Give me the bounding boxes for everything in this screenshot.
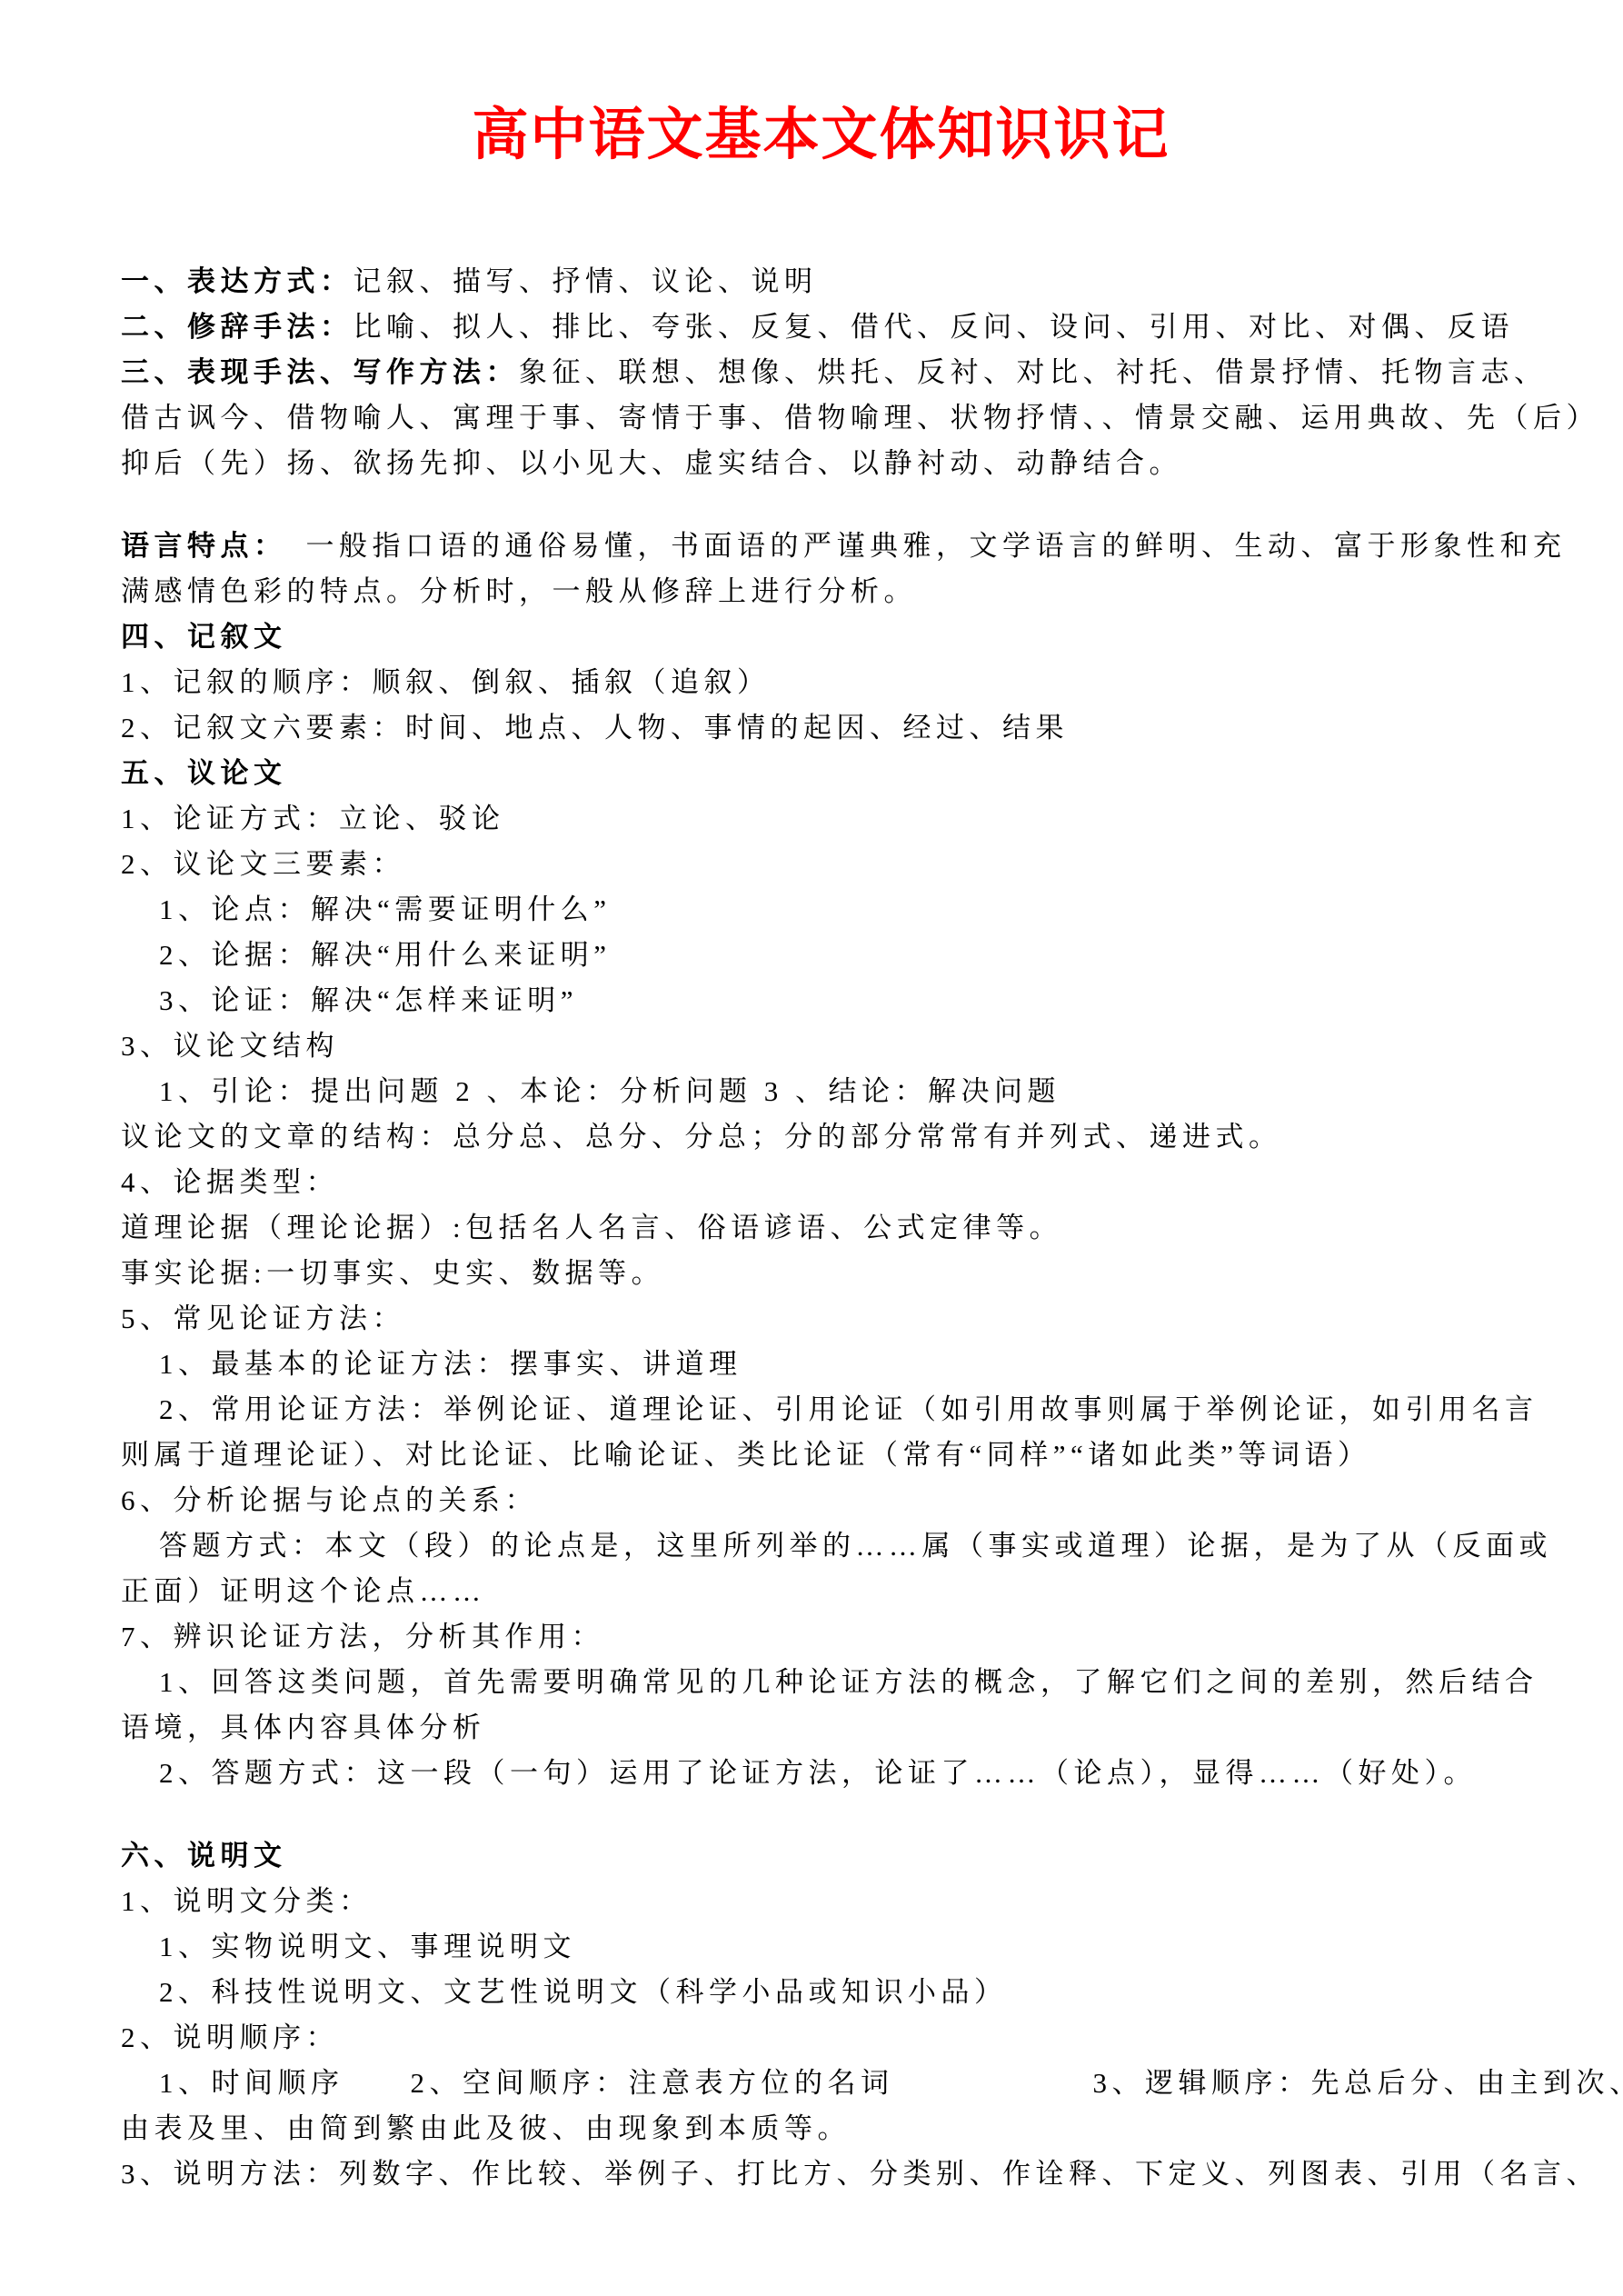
line-bold-label: 五、议论文 <box>121 757 287 789</box>
line-text: 3、议论文结构 <box>121 1030 339 1062</box>
line-text: 语境，具体内容具体分析 <box>121 1712 486 1743</box>
text-line: 抑后（先）扬、欲扬先抑、以小见大、虚实结合、以静衬动、动静结合。 <box>121 441 1605 486</box>
line-text: 1、时间顺序 2、空间顺序：注意表方位的名词 3、逻辑顺序：先总后分、由主到次、 <box>159 2067 1623 2099</box>
text-line: 借古讽今、借物喻人、寓理于事、寄情于事、借物喻理、状物抒情、、情景交融、运用典故… <box>121 395 1605 441</box>
line-bold-label: 一、表达方式： <box>121 265 353 297</box>
line-text: 2、说明顺序： <box>121 2021 339 2053</box>
line-bold-label: 二、修辞手法： <box>121 311 353 343</box>
text-line: 满感情色彩的特点。分析时，一般从修辞上进行分析。 <box>121 569 1605 614</box>
text-line: 2、说明顺序： <box>121 2015 1605 2061</box>
line-text: 2、常用论证方法：举例论证、道理论证、引用论证（如引用故事则属于举例论证，如引用… <box>159 1393 1538 1425</box>
line-text: 5、常见论证方法： <box>121 1303 405 1334</box>
text-line: 四、记叙文 <box>121 614 1605 660</box>
text-line: 4、论据类型： <box>121 1160 1605 1205</box>
text-line: 答题方式：本文（段）的论点是，这里所列举的……属（事实或道理）论据，是为了从（反… <box>159 1523 1605 1569</box>
line-text: 道理论据（理论论据）:包括名人名言、俗语谚语、公式定律等。 <box>121 1212 1062 1243</box>
text-line: 3、议论文结构 <box>121 1023 1605 1069</box>
text-line: 1、论点：解决“需要证明什么” <box>159 887 1605 933</box>
line-bold-label: 六、说明文 <box>121 1840 287 1872</box>
text-line: 三、表现手法、写作方法：象征、联想、想像、烘托、反衬、对比、衬托、借景抒情、托物… <box>121 350 1605 395</box>
document-page: 高中语文基本文体知识识记 一、表达方式：记叙、描写、抒情、议论、说明二、修辞手法… <box>0 0 1623 2296</box>
text-line: 五、议论文 <box>121 751 1605 796</box>
page-title: 高中语文基本文体知识识记 <box>79 102 1563 169</box>
line-text: 4、论据类型： <box>121 1166 339 1198</box>
text-line: 则属于道理论证）、对比论证、比喻论证、类比论证（常有“同样”“诸如此类”等词语） <box>121 1433 1605 1478</box>
text-line: 3、论证：解决“怎样来证明” <box>159 978 1605 1023</box>
text-line: 1、实物说明文、事理说明文 <box>159 1924 1605 1970</box>
text-line: 六、说明文 <box>121 1833 1605 1879</box>
line-text: 正面）证明这个论点…… <box>121 1575 486 1607</box>
line-text: 1、回答这类问题，首先需要明确常见的几种论证方法的概念，了解它们之间的差别，然后… <box>159 1666 1538 1698</box>
line-bold-label: 语言特点： <box>121 530 273 562</box>
text-line: 2、记叙文六要素：时间、地点、人物、事情的起因、经过、结果 <box>121 705 1605 751</box>
line-text: 2、记叙文六要素：时间、地点、人物、事情的起因、经过、结果 <box>121 712 1069 744</box>
text-line: 由表及里、由简到繁由此及彼、由现象到本质等。 <box>121 2106 1605 2151</box>
text-line: 1、回答这类问题，首先需要明确常见的几种论证方法的概念，了解它们之间的差别，然后… <box>159 1660 1605 1705</box>
text-line: 2、科技性说明文、文艺性说明文（科学小品或知识小品） <box>159 1970 1605 2015</box>
line-bold-label: 四、记叙文 <box>121 621 287 653</box>
line-text: 答题方式：本文（段）的论点是，这里所列举的……属（事实或道理）论据，是为了从（反… <box>159 1530 1552 1562</box>
text-line: 议论文的文章的结构：总分总、总分、分总；分的部分常常有并列式、递进式。 <box>121 1114 1605 1160</box>
line-text: 议论文的文章的结构：总分总、总分、分总；分的部分常常有并列式、递进式。 <box>121 1121 1282 1153</box>
line-text: 则属于道理论证）、对比论证、比喻论证、类比论证（常有“同样”“诸如此类”等词语） <box>121 1439 1371 1471</box>
text-line: 语境，具体内容具体分析 <box>121 1705 1605 1751</box>
text-line: 1、时间顺序 2、空间顺序：注意表方位的名词 3、逻辑顺序：先总后分、由主到次、 <box>159 2061 1605 2106</box>
text-line: 2、论据：解决“用什么来证明” <box>159 933 1605 978</box>
text-line: 正面）证明这个论点…… <box>121 1569 1605 1614</box>
line-text: 3、论证：解决“怎样来证明” <box>159 984 578 1016</box>
text-line: 2、常用论证方法：举例论证、道理论证、引用论证（如引用故事则属于举例论证，如引用… <box>159 1387 1605 1433</box>
blank-line <box>121 1796 1605 1833</box>
line-text: 由表及里、由简到繁由此及彼、由现象到本质等。 <box>121 2112 851 2144</box>
text-line: 2、议论文三要素： <box>121 842 1605 887</box>
text-line: 6、分析论据与论点的关系： <box>121 1478 1605 1523</box>
text-line: 事实论据:一切事实、史实、数据等。 <box>121 1251 1605 1296</box>
text-line: 7、辨识论证方法，分析其作用： <box>121 1614 1605 1660</box>
blank-line <box>121 486 1605 524</box>
line-text: 7、辨识论证方法，分析其作用： <box>121 1621 604 1652</box>
line-text: 1、论证方式：立论、驳论 <box>121 803 505 834</box>
text-line: 1、论证方式：立论、驳论 <box>121 796 1605 842</box>
text-line: 语言特点： 一般指口语的通俗易懂，书面语的严谨典雅，文学语言的鲜明、生动、富于形… <box>121 524 1605 569</box>
line-text: 象征、联想、想像、烘托、反衬、对比、衬托、借景抒情、托物言志、 <box>519 356 1548 388</box>
line-text: 2、答题方式：这一段（一句）运用了论证方法，论证了……（论点），显得……（好处）… <box>159 1757 1477 1789</box>
line-text: 1、记叙的顺序：顺叙、倒叙、插叙（追叙） <box>121 666 771 698</box>
line-text: 借古讽今、借物喻人、寓理于事、寄情于事、借物喻理、状物抒情、、情景交融、运用典故… <box>121 402 1599 434</box>
line-bold-label: 三、表现手法、写作方法： <box>121 356 519 388</box>
text-line: 1、最基本的论证方法：摆事实、讲道理 <box>159 1342 1605 1387</box>
text-line: 1、记叙的顺序：顺叙、倒叙、插叙（追叙） <box>121 660 1605 705</box>
line-text: 1、最基本的论证方法：摆事实、讲道理 <box>159 1348 742 1380</box>
line-text: 抑后（先）扬、欲扬先抑、以小见大、虚实结合、以静衬动、动静结合。 <box>121 447 1182 479</box>
line-text: 1、实物说明文、事理说明文 <box>159 1931 576 1962</box>
line-text: 1、论点：解决“需要证明什么” <box>159 893 612 925</box>
line-text: 满感情色彩的特点。分析时，一般从修辞上进行分析。 <box>121 575 917 607</box>
text-line: 1、说明文分类： <box>121 1879 1605 1924</box>
line-text: 1、引论：提出问题 2 、本论：分析问题 3 、结论：解决问题 <box>159 1075 1060 1107</box>
text-line: 二、修辞手法：比喻、拟人、排比、夸张、反复、借代、反问、设问、引用、对比、对偶、… <box>121 304 1605 350</box>
line-text: 比喻、拟人、排比、夸张、反复、借代、反问、设问、引用、对比、对偶、反语 <box>353 311 1515 343</box>
text-line: 道理论据（理论论据）:包括名人名言、俗语谚语、公式定律等。 <box>121 1205 1605 1251</box>
text-line: 2、答题方式：这一段（一句）运用了论证方法，论证了……（论点），显得……（好处）… <box>159 1751 1605 1796</box>
line-text: 2、议论文三要素： <box>121 848 405 880</box>
line-text: 一般指口语的通俗易懂，书面语的严谨典雅，文学语言的鲜明、生动、富于形象性和充 <box>273 530 1567 562</box>
line-text: 3、说明方法：列数字、作比较、举例子、打比方、分类别、作诠释、下定义、列图表、引… <box>121 2158 1599 2190</box>
line-text: 记叙、描写、抒情、议论、说明 <box>353 265 818 297</box>
line-text: 1、说明文分类： <box>121 1885 373 1917</box>
line-text: 2、论据：解决“用什么来证明” <box>159 939 612 971</box>
text-line: 1、引论：提出问题 2 、本论：分析问题 3 、结论：解决问题 <box>159 1069 1605 1114</box>
text-line: 一、表达方式：记叙、描写、抒情、议论、说明 <box>121 259 1605 304</box>
text-line: 3、说明方法：列数字、作比较、举例子、打比方、分类别、作诠释、下定义、列图表、引… <box>121 2151 1605 2197</box>
text-line: 5、常见论证方法： <box>121 1296 1605 1342</box>
document-body: 一、表达方式：记叙、描写、抒情、议论、说明二、修辞手法：比喻、拟人、排比、夸张、… <box>121 259 1605 2197</box>
line-text: 2、科技性说明文、文艺性说明文（科学小品或知识小品） <box>159 1976 1008 2008</box>
line-text: 事实论据:一切事实、史实、数据等。 <box>121 1257 664 1289</box>
line-text: 6、分析论据与论点的关系： <box>121 1484 538 1516</box>
